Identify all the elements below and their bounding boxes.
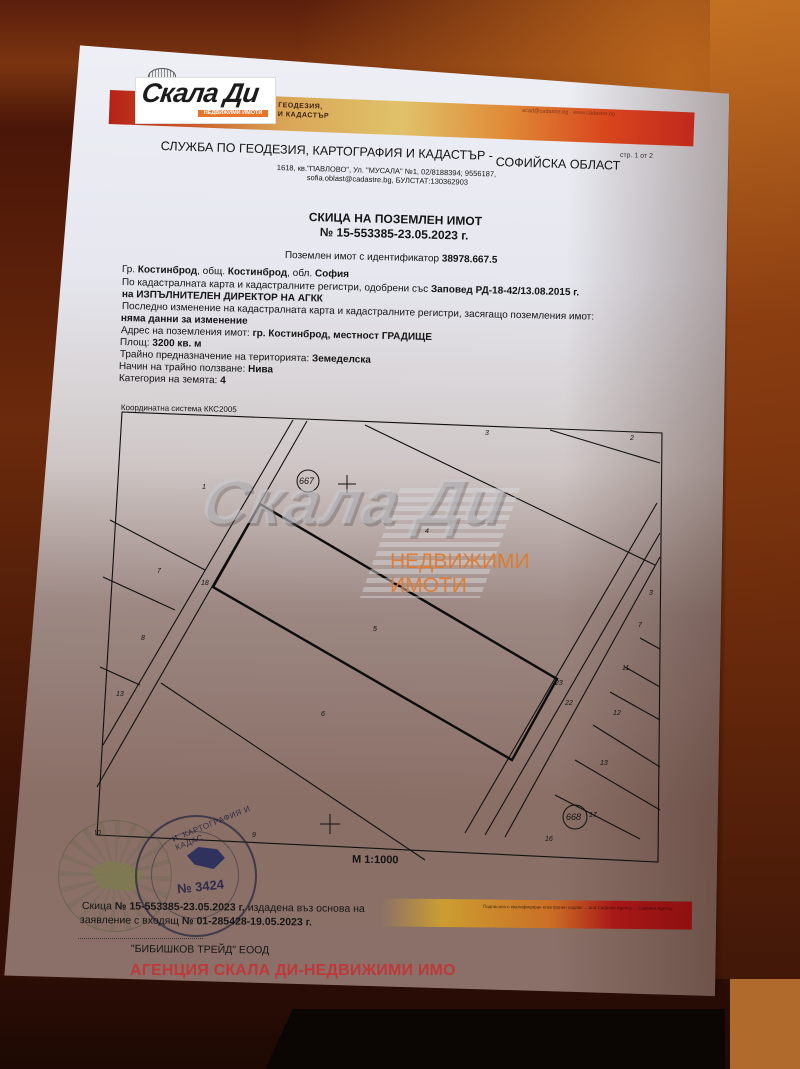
svg-text:18: 18 xyxy=(201,580,209,587)
svg-text:5: 5 xyxy=(373,626,377,633)
svg-text:3: 3 xyxy=(649,590,653,597)
signature-color-band xyxy=(380,898,692,929)
cadastral-map: 667 668 123 456 789 131823 2237 111213 1… xyxy=(95,405,665,870)
svg-text:3: 3 xyxy=(485,430,489,437)
svg-text:12: 12 xyxy=(613,710,621,717)
field-land-category: Категория на земята: 4 xyxy=(119,373,226,386)
map-scale: М 1:1000 xyxy=(352,854,399,867)
svg-text:13: 13 xyxy=(600,760,608,767)
application-line: заявление с входящ № 01-285428-19.05.202… xyxy=(80,914,312,928)
svg-text:1: 1 xyxy=(202,484,206,491)
svg-text:667: 667 xyxy=(299,476,315,486)
issuing-agency-region: СОФИЙСКА ОБЛАСТ xyxy=(496,155,621,173)
svg-text:11: 11 xyxy=(622,665,629,672)
svg-text:23: 23 xyxy=(554,680,563,687)
company-name: "БИБИШКОВ ТРЕЙД" ЕООД xyxy=(131,943,269,956)
svg-text:7: 7 xyxy=(638,622,643,629)
svg-text:8: 8 xyxy=(141,635,145,642)
svg-text:9: 9 xyxy=(252,832,256,839)
svg-text:2: 2 xyxy=(629,435,634,442)
field-area: Площ: 3200 кв. м xyxy=(120,337,202,350)
svg-text:4: 4 xyxy=(425,528,429,535)
svg-text:668: 668 xyxy=(566,812,581,822)
logo-subtitle: НЕДВИЖИМИ ИМОТИ xyxy=(198,110,268,117)
issuing-agency-title: СЛУЖБА ПО ГЕОДЕЗИЯ, КАРТОГРАФИЯ И КАДАСТ… xyxy=(161,139,494,163)
signature-dotted-line xyxy=(78,938,203,939)
agency-footer-watermark: АГЕНЦИЯ СКАЛА ДИ-НЕДВИЖИМИ ИМО xyxy=(130,962,456,980)
document-content: ГЕОДЕЗИЯ, И КАДАСТЪР acad@cadastre.bg · … xyxy=(0,0,800,1069)
agency-logo-watermark: Скала Ди НЕДВИЖИМИ ИМОТИ xyxy=(135,77,276,124)
identifier-value: 38978.667.5 xyxy=(442,254,498,266)
page-number: стр. 1 от 2 xyxy=(620,152,653,160)
svg-text:17: 17 xyxy=(589,812,598,819)
svg-text:22: 22 xyxy=(564,700,573,707)
identifier-line: Поземлен имот с идентификатор 38978.667.… xyxy=(285,250,498,266)
approval-order: Заповед РД-18-42/13.08.2015 г. xyxy=(431,284,580,298)
logo-name: Скала Ди xyxy=(140,78,261,109)
parcel-boundaries: 667 668 123 456 789 131823 2237 111213 1… xyxy=(95,405,665,870)
document-number: № 15-553385-23.05.2023 г. xyxy=(320,225,469,243)
svg-text:7: 7 xyxy=(157,568,162,575)
svg-text:6: 6 xyxy=(321,711,325,718)
header-band-agency-text: ГЕОДЕЗИЯ, И КАДАСТЪР xyxy=(278,101,330,121)
svg-text:16: 16 xyxy=(545,836,553,843)
svg-text:13: 13 xyxy=(116,691,124,698)
